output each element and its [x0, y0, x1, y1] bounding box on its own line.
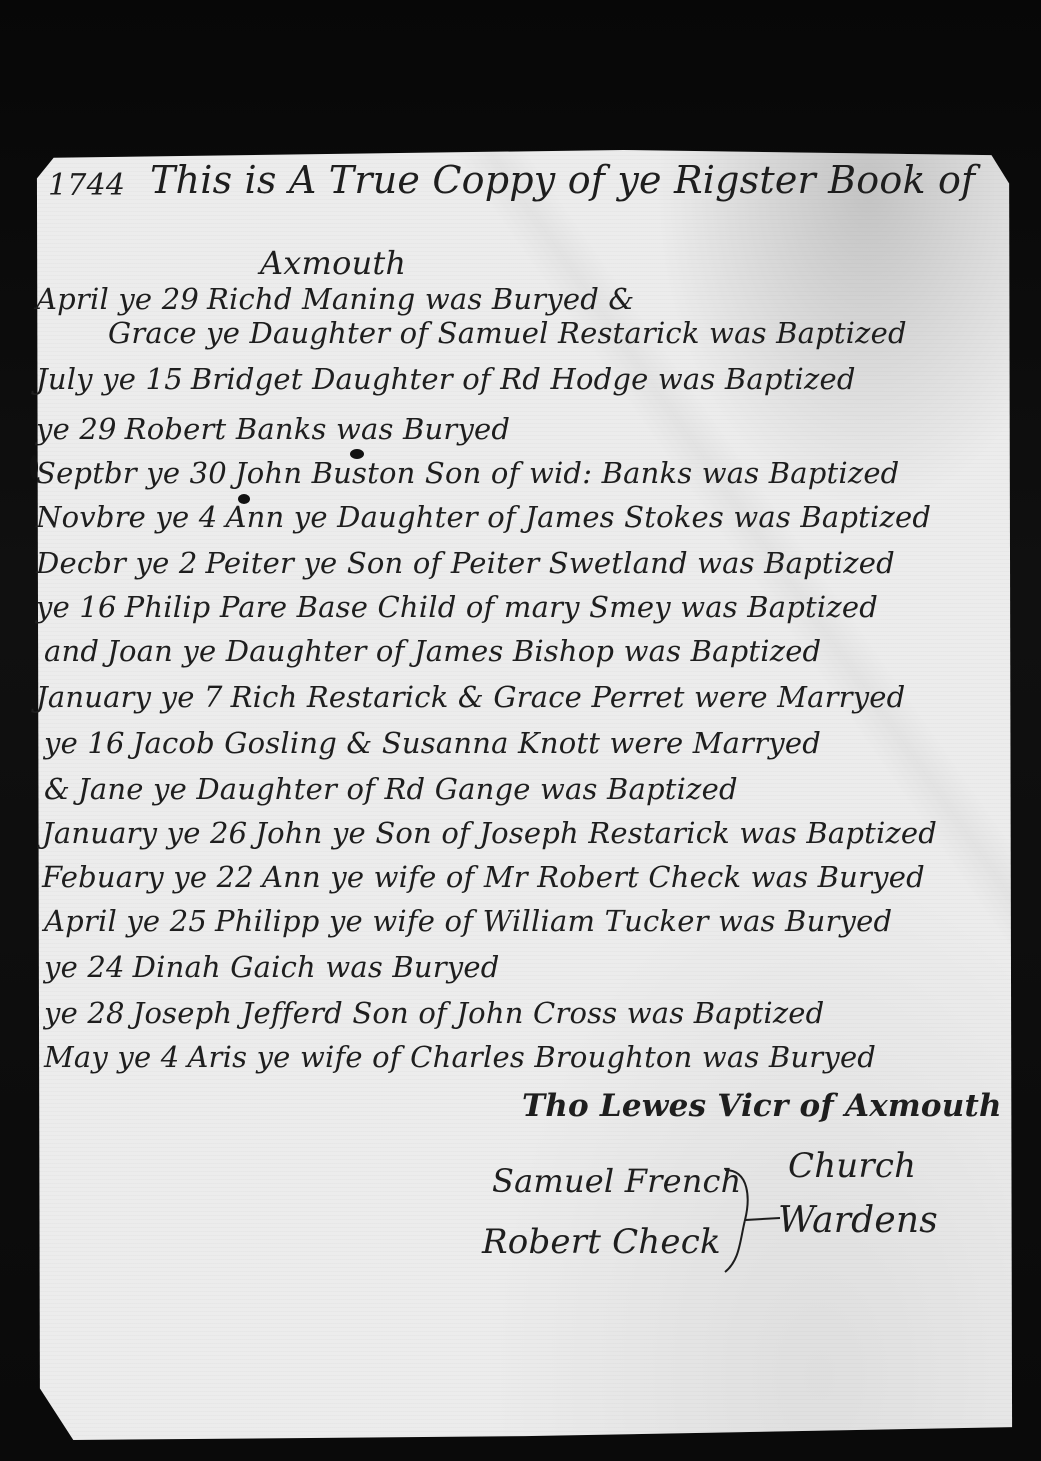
entry-date: and	[44, 634, 99, 668]
entry-date: Septbr ye 30	[36, 456, 227, 490]
entry-text: Philip Pare Base Child of mary Smey was …	[125, 590, 878, 624]
entry-date: Febuary ye 22	[42, 860, 254, 894]
entry-date: &	[44, 772, 70, 806]
register-entry: Decbr ye 2Peiter ye Son of Peiter Swetla…	[36, 546, 895, 580]
register-entry: Febuary ye 22Ann ye wife of Mr Robert Ch…	[42, 860, 925, 894]
entry-date: ye 29	[36, 412, 117, 446]
register-entry: Grace ye Daughter of Samuel Restarick wa…	[100, 316, 907, 350]
document-title: This is A True Coppy of ye Rigster Book …	[150, 158, 975, 202]
entry-text: Jacob Gosling & Susanna Knott were Marry…	[133, 726, 821, 760]
entry-date: Decbr ye 2	[36, 546, 198, 580]
entry-text: Joan ye Daughter of James Bishop was Bap…	[107, 634, 821, 668]
entry-text: Ann ye wife of Mr Robert Check was Burye…	[262, 860, 925, 894]
register-entry: ye 28Joseph Jefferd Son of John Cross wa…	[44, 996, 824, 1030]
entry-date: May ye 4	[44, 1040, 179, 1074]
entry-text: Rich Restarick & Grace Perret were Marry…	[231, 680, 906, 714]
document-year: 1744	[48, 168, 125, 203]
entry-text: Robert Banks was Buryed	[125, 412, 510, 446]
register-entry: ye 24Dinah Gaich was Buryed	[44, 950, 500, 984]
register-entry: January ye 26John ye Son of Joseph Resta…	[42, 816, 937, 850]
register-entry: Septbr ye 30John Buston Son of wid: Bank…	[36, 456, 899, 490]
entry-date: April ye 25	[44, 904, 207, 938]
register-entry: May ye 4Aris ye wife of Charles Broughto…	[44, 1040, 876, 1074]
entry-date: Novbre ye 4	[36, 500, 217, 534]
entry-text: John Buston Son of wid: Banks was Baptiz…	[235, 456, 899, 490]
entry-date: April ye 29	[36, 282, 199, 316]
entry-text: Jane ye Daughter of Rd Gange was Baptize…	[78, 772, 738, 806]
register-entry: July ye 15Bridget Daughter of Rd Hodge w…	[36, 362, 856, 396]
entry-text: Philipp ye wife of William Tucker was Bu…	[215, 904, 892, 938]
entry-text: Peiter ye Son of Peiter Swetland was Bap…	[206, 546, 895, 580]
entry-date: January ye 26	[42, 816, 247, 850]
entry-date: July ye 15	[36, 362, 183, 396]
entry-text: Aris ye wife of Charles Broughton was Bu…	[187, 1040, 876, 1074]
register-entry: January ye 7Rich Restarick & Grace Perre…	[36, 680, 905, 714]
warden-signature-2: Robert Check	[482, 1222, 721, 1262]
church-label: Church	[788, 1146, 916, 1186]
entry-date: January ye 7	[36, 680, 223, 714]
register-entry: ye 16Jacob Gosling & Susanna Knott were …	[44, 726, 821, 760]
entry-date: ye 16	[44, 726, 125, 760]
register-entry: ye 29Robert Banks was Buryed	[36, 412, 510, 446]
register-entry: Novbre ye 4Ann ye Daughter of James Stok…	[36, 500, 931, 534]
vicar-signature: Tho Lewes Vicr of Axmouth	[522, 1088, 1002, 1124]
entry-text: Bridget Daughter of Rd Hodge was Baptize…	[191, 362, 856, 396]
wardens-label: Wardens	[778, 1200, 938, 1241]
entry-text: Ann ye Daughter of James Stokes was Bapt…	[225, 500, 931, 534]
entry-text: Richd Maning was Buryed &	[207, 282, 634, 316]
entry-date: ye 16	[36, 590, 117, 624]
register-entry: &Jane ye Daughter of Rd Gange was Baptiz…	[44, 772, 738, 806]
register-entry: April ye 25Philipp ye wife of William Tu…	[44, 904, 892, 938]
entry-text: Dinah Gaich was Buryed	[133, 950, 500, 984]
register-entry: ye 16Philip Pare Base Child of mary Smey…	[36, 590, 878, 624]
register-entry: andJoan ye Daughter of James Bishop was …	[44, 634, 821, 668]
entry-date: ye 28	[44, 996, 125, 1030]
warden-signature-1: Samuel French	[492, 1162, 741, 1200]
entry-text: Grace ye Daughter of Samuel Restarick wa…	[108, 316, 907, 350]
register-entry: April ye 29Richd Maning was Buryed &	[36, 282, 634, 316]
document-place: Axmouth	[260, 244, 406, 282]
entry-text: John ye Son of Joseph Restarick was Bapt…	[255, 816, 937, 850]
entry-text: Joseph Jefferd Son of John Cross was Bap…	[133, 996, 825, 1030]
entry-date: ye 24	[44, 950, 125, 984]
